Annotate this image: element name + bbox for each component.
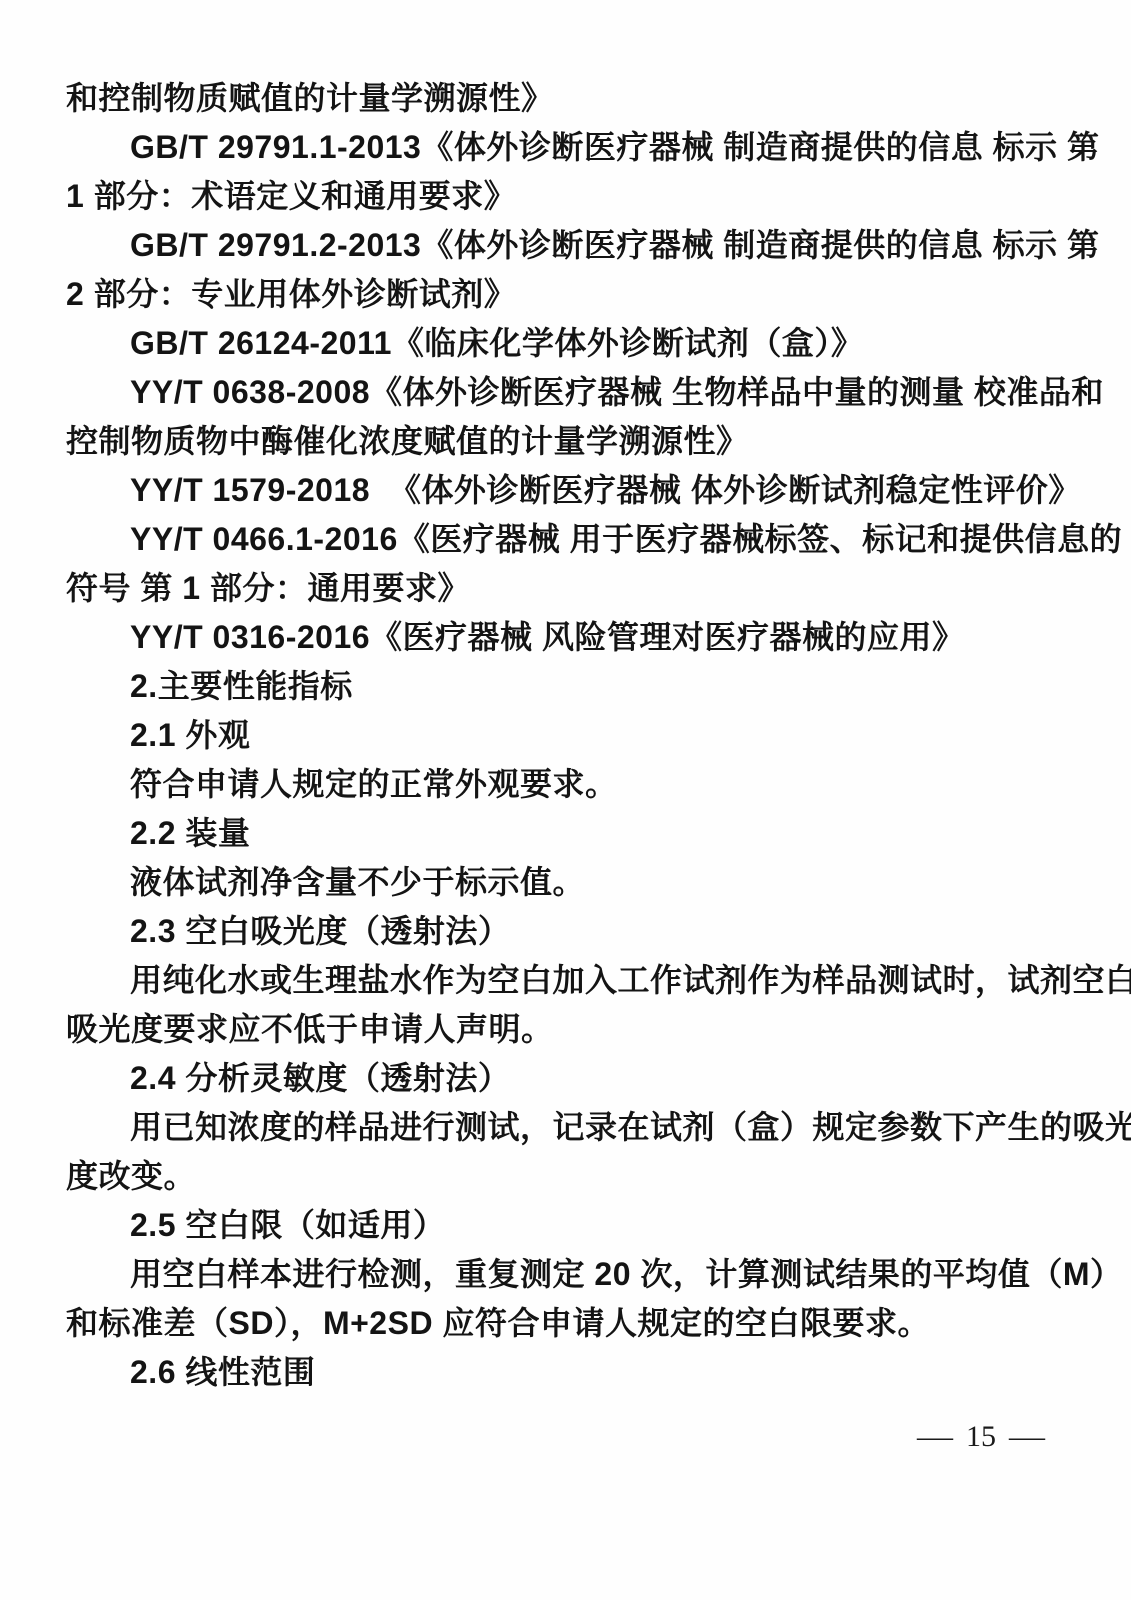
text-line: 用空白样本进行检测，重复测定 20 次，计算测试结果的平均值（M）	[66, 1250, 1068, 1299]
text-line: 2.3 空白吸光度（透射法）	[66, 907, 1068, 956]
text-line: 液体试剂净含量不少于标示值。	[66, 858, 1068, 907]
text-line: GB/T 29791.1-2013《体外诊断医疗器械 制造商提供的信息 标示 第	[66, 123, 1068, 172]
document-body: 和控制物质赋值的计量学溯源性》GB/T 29791.1-2013《体外诊断医疗器…	[66, 74, 1068, 1397]
text-line: 用已知浓度的样品进行测试，记录在试剂（盒）规定参数下产生的吸光	[66, 1103, 1068, 1152]
text-line: 控制物质物中酶催化浓度赋值的计量学溯源性》	[66, 417, 1068, 466]
text-line: 和控制物质赋值的计量学溯源性》	[66, 74, 1068, 123]
text-line: 2.主要性能指标	[66, 662, 1068, 711]
text-line: 2 部分：专业用体外诊断试剂》	[66, 270, 1068, 319]
text-line: 符号 第 1 部分：通用要求》	[66, 564, 1068, 613]
text-line: 和标准差（SD），M+2SD 应符合申请人规定的空白限要求。	[66, 1299, 1068, 1348]
text-line: 2.5 空白限（如适用）	[66, 1201, 1068, 1250]
text-line: 2.2 装量	[66, 809, 1068, 858]
text-line: 1 部分：术语定义和通用要求》	[66, 172, 1068, 221]
footer-dash-right: —	[1009, 1420, 1045, 1454]
text-line: 吸光度要求应不低于申请人声明。	[66, 1005, 1068, 1054]
text-line: 符合申请人规定的正常外观要求。	[66, 760, 1068, 809]
page-footer: — 15 —	[920, 1420, 1042, 1454]
document-page: 和控制物质赋值的计量学溯源性》GB/T 29791.1-2013《体外诊断医疗器…	[0, 0, 1131, 1600]
text-line: YY/T 0466.1-2016《医疗器械 用于医疗器械标签、标记和提供信息的	[66, 515, 1068, 564]
text-line: YY/T 0316-2016《医疗器械 风险管理对医疗器械的应用》	[66, 613, 1068, 662]
page-number: 15	[966, 1420, 996, 1454]
text-line: 2.4 分析灵敏度（透射法）	[66, 1054, 1068, 1103]
text-line: 2.1 外观	[66, 711, 1068, 760]
text-line: 2.6 线性范围	[66, 1348, 1068, 1397]
text-line: GB/T 29791.2-2013《体外诊断医疗器械 制造商提供的信息 标示 第	[66, 221, 1068, 270]
footer-dash-left: —	[917, 1420, 953, 1454]
text-line: YY/T 1579-2018 《体外诊断医疗器械 体外诊断试剂稳定性评价》	[66, 466, 1068, 515]
text-line: GB/T 26124-2011《临床化学体外诊断试剂（盒）》	[66, 319, 1068, 368]
text-line: 度改变。	[66, 1152, 1068, 1201]
text-line: YY/T 0638-2008《体外诊断医疗器械 生物样品中量的测量 校准品和	[66, 368, 1068, 417]
text-line: 用纯化水或生理盐水作为空白加入工作试剂作为样品测试时，试剂空白	[66, 956, 1068, 1005]
